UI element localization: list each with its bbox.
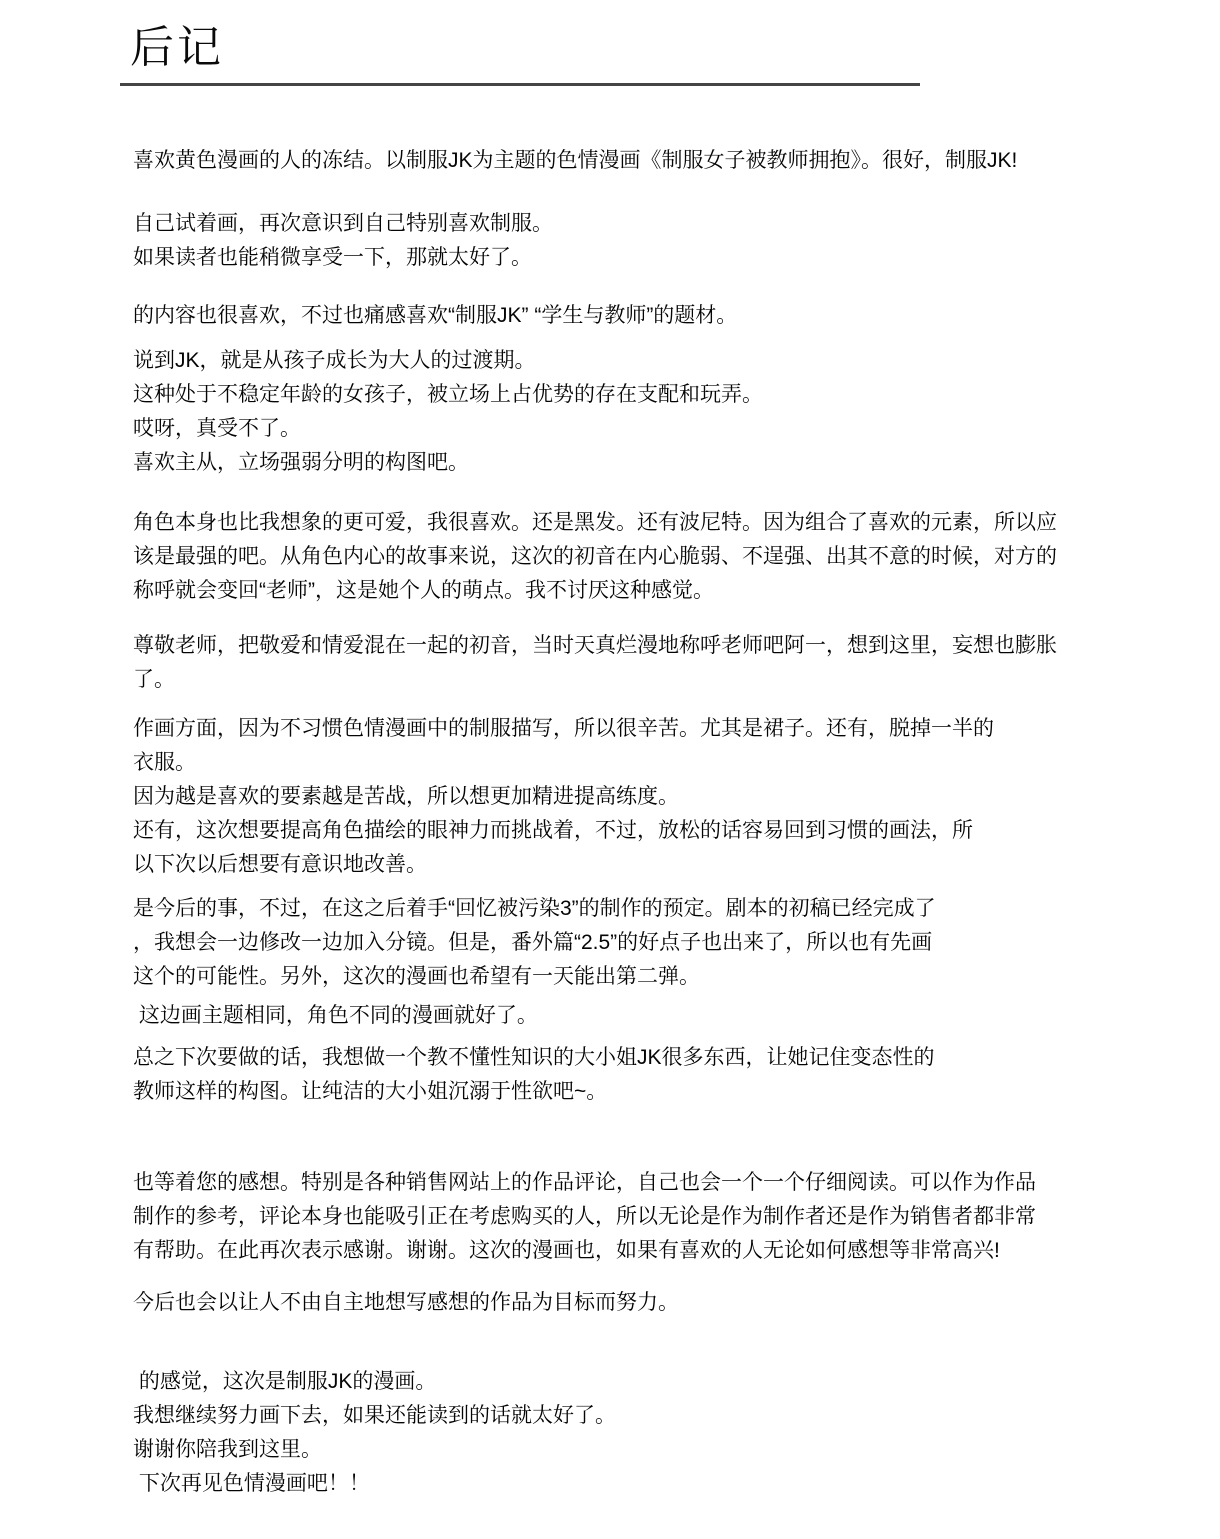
text-line: 了。	[133, 663, 1220, 697]
afterword-page: 后记 喜欢黄色漫画的人的冻结。以制服JK为主题的色情漫画《制服女子被教师拥抱》。…	[0, 0, 1220, 1539]
text-line: 这个的可能性。另外，这次的漫画也希望有一天能出第二弹。	[133, 960, 1220, 994]
text-line: 谢谢你陪我到这里。	[133, 1433, 1220, 1467]
text-line: 的感觉，这次是制服JK的漫画。	[133, 1365, 1220, 1399]
text-line: 自己试着画，再次意识到自己特别喜欢制服。	[133, 207, 1220, 241]
text-line: 尊敬老师，把敬爱和情爱混在一起的初音，当时天真烂漫地称呼老师吧阿一，想到这里，妄…	[133, 629, 1220, 663]
paragraph: 今后也会以让人不由自主地想写感想的作品为目标而努力。	[133, 1286, 1220, 1320]
paragraph: 作画方面，因为不习惯色情漫画中的制服描写，所以很辛苦。尤其是裙子。还有，脱掉一半…	[133, 712, 1220, 882]
title-underline	[120, 83, 920, 86]
text-line: 如果读者也能稍微享受一下，那就太好了。	[133, 241, 1220, 275]
text-line: 的内容也很喜欢，不过也痛感喜欢“制服JK” “学生与教师”的题材。	[133, 299, 1220, 333]
text-line: 有帮助。在此再次表示感谢。谢谢。这次的漫画也，如果有喜欢的人无论如何感想等非常高…	[133, 1234, 1220, 1268]
text-line: 称呼就会变回“老师”，这是她个人的萌点。我不讨厌这种感觉。	[133, 574, 1220, 608]
text-line: 因为越是喜欢的要素越是苦战，所以想更加精进提高练度。	[133, 780, 1220, 814]
paragraph: 尊敬老师，把敬爱和情爱混在一起的初音，当时天真烂漫地称呼老师吧阿一，想到这里，妄…	[133, 629, 1220, 697]
paragraph: 是今后的事，不过，在这之后着手“回忆被污染3”的制作的预定。剧本的初稿已经完成了…	[133, 892, 1220, 994]
paragraph: 也等着您的感想。特别是各种销售网站上的作品评论，自己也会一个一个仔细阅读。可以作…	[133, 1166, 1220, 1268]
text-line: 说到JK，就是从孩子成长为大人的过渡期。	[133, 344, 1220, 378]
text-line: 衣服。	[133, 746, 1220, 780]
page-header: 后记	[0, 0, 1220, 86]
text-line: 作画方面，因为不习惯色情漫画中的制服描写，所以很辛苦。尤其是裙子。还有，脱掉一半…	[133, 712, 1220, 746]
text-line: 这边画主题相同，角色不同的漫画就好了。	[133, 999, 1220, 1033]
paragraph: 这边画主题相同，角色不同的漫画就好了。	[133, 999, 1220, 1033]
text-line: 该是最强的吧。从角色内心的故事来说，这次的初音在内心脆弱、不逞强、出其不意的时候…	[133, 540, 1220, 574]
text-line: 制作的参考，评论本身也能吸引正在考虑购买的人，所以无论是作为制作者还是作为销售者…	[133, 1200, 1220, 1234]
text-line: 是今后的事，不过，在这之后着手“回忆被污染3”的制作的预定。剧本的初稿已经完成了	[133, 892, 1220, 926]
text-line: 哎呀，真受不了。	[133, 412, 1220, 446]
text-line: ，我想会一边修改一边加入分镜。但是，番外篇“2.5”的好点子也出来了，所以也有先…	[133, 926, 1220, 960]
paragraph: 的感觉，这次是制服JK的漫画。我想继续努力画下去，如果还能读到的话就太好了。谢谢…	[133, 1365, 1220, 1501]
text-line: 也等着您的感想。特别是各种销售网站上的作品评论，自己也会一个一个仔细阅读。可以作…	[133, 1166, 1220, 1200]
paragraph: 角色本身也比我想象的更可爱，我很喜欢。还是黑发。还有波尼特。因为组合了喜欢的元素…	[133, 506, 1220, 608]
text-line: 下次再见色情漫画吧！！	[133, 1467, 1220, 1501]
text-line: 总之下次要做的话，我想做一个教不懂性知识的大小姐JK很多东西，让她记住变态性的	[133, 1041, 1220, 1075]
paragraph: 说到JK，就是从孩子成长为大人的过渡期。这种处于不稳定年龄的女孩子，被立场上占优…	[133, 344, 1220, 480]
text-line: 以下次以后想要有意识地改善。	[133, 848, 1220, 882]
page-title: 后记	[130, 22, 1220, 74]
text-line: 教师这样的构图。让纯洁的大小姐沉溺于性欲吧~。	[133, 1075, 1220, 1109]
text-line: 喜欢主从，立场强弱分明的构图吧。	[133, 446, 1220, 480]
text-line: 今后也会以让人不由自主地想写感想的作品为目标而努力。	[133, 1286, 1220, 1320]
paragraph: 喜欢黄色漫画的人的冻结。以制服JK为主题的色情漫画《制服女子被教师拥抱》。很好，…	[133, 144, 1220, 178]
afterword-body: 喜欢黄色漫画的人的冻结。以制服JK为主题的色情漫画《制服女子被教师拥抱》。很好，…	[0, 144, 1220, 1501]
text-line: 角色本身也比我想象的更可爱，我很喜欢。还是黑发。还有波尼特。因为组合了喜欢的元素…	[133, 506, 1220, 540]
text-line: 这种处于不稳定年龄的女孩子，被立场上占优势的存在支配和玩弄。	[133, 378, 1220, 412]
text-line: 喜欢黄色漫画的人的冻结。以制服JK为主题的色情漫画《制服女子被教师拥抱》。很好，…	[133, 144, 1220, 178]
paragraph: 自己试着画，再次意识到自己特别喜欢制服。如果读者也能稍微享受一下，那就太好了。	[133, 207, 1220, 275]
paragraph: 的内容也很喜欢，不过也痛感喜欢“制服JK” “学生与教师”的题材。	[133, 299, 1220, 333]
text-line: 我想继续努力画下去，如果还能读到的话就太好了。	[133, 1399, 1220, 1433]
paragraph: 总之下次要做的话，我想做一个教不懂性知识的大小姐JK很多东西，让她记住变态性的教…	[133, 1041, 1220, 1109]
text-line: 还有，这次想要提高角色描绘的眼神力而挑战着，不过，放松的话容易回到习惯的画法，所	[133, 814, 1220, 848]
